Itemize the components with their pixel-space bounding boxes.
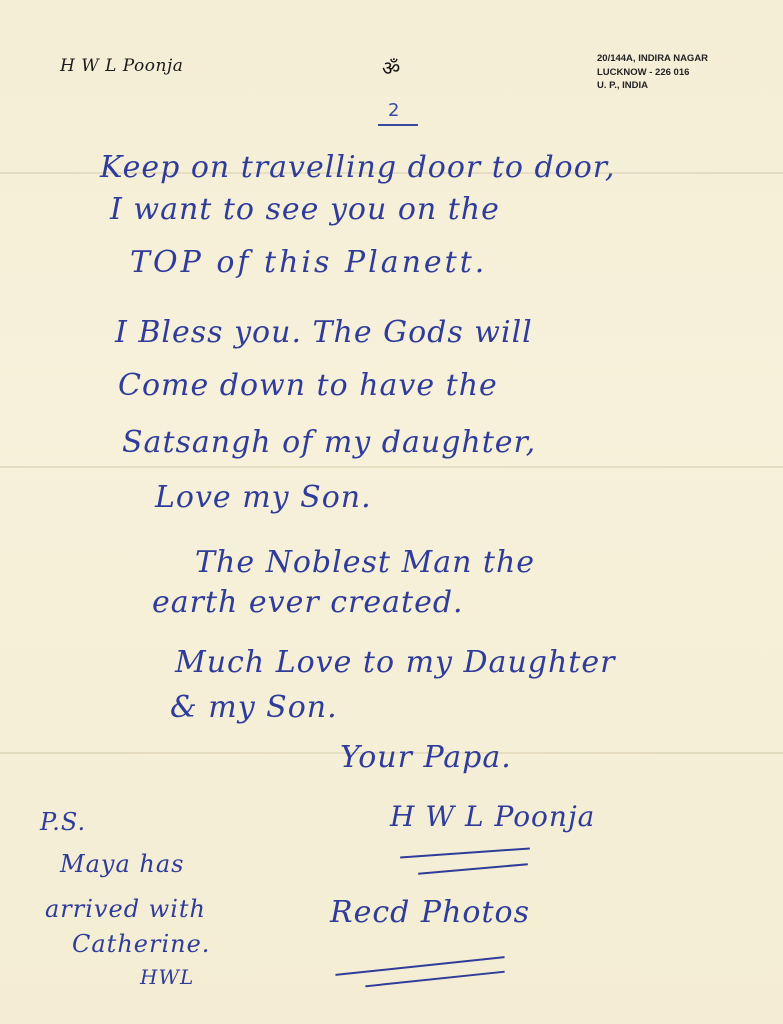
page-number-underline	[378, 124, 418, 126]
body-line: The Noblest Man the	[195, 545, 535, 580]
address-line: 20/144A, INDIRA NAGAR	[597, 52, 708, 66]
body-line: Come down to have the	[118, 368, 498, 403]
postscript-initials: HWL	[140, 965, 194, 989]
body-line: earth ever created.	[152, 585, 464, 620]
body-line: Much Love to my Daughter	[175, 645, 615, 680]
body-line: I Bless you. The Gods will	[115, 315, 533, 350]
fold-line	[0, 466, 783, 468]
body-line: I want to see you on the	[110, 192, 500, 227]
letterhead-name: H W L Poonja	[60, 56, 183, 76]
page-number: 2	[388, 100, 399, 121]
received-photos-note: Recd Photos	[330, 895, 530, 930]
closing-line: Your Papa.	[340, 740, 512, 775]
om-symbol-icon: ॐ	[382, 54, 400, 81]
postscript-line: Maya has	[60, 850, 184, 878]
letterhead-address: 20/144A, INDIRA NAGAR LUCKNOW - 226 016 …	[597, 52, 708, 93]
address-line: LUCKNOW - 226 016	[597, 66, 708, 80]
postscript-line: Catherine.	[72, 930, 210, 958]
body-line: & my Son.	[170, 690, 338, 725]
postscript-line: arrived with	[45, 895, 206, 923]
postscript-line: P.S.	[40, 808, 86, 836]
body-line: Keep on travelling door to door,	[100, 150, 615, 185]
body-line: Satsangh of my daughter,	[122, 425, 536, 460]
address-line: U. P., INDIA	[597, 79, 708, 93]
body-line: Love my Son.	[155, 480, 372, 515]
signature: H W L Poonja	[390, 800, 595, 833]
body-line: TOP of this Planett.	[130, 245, 487, 280]
